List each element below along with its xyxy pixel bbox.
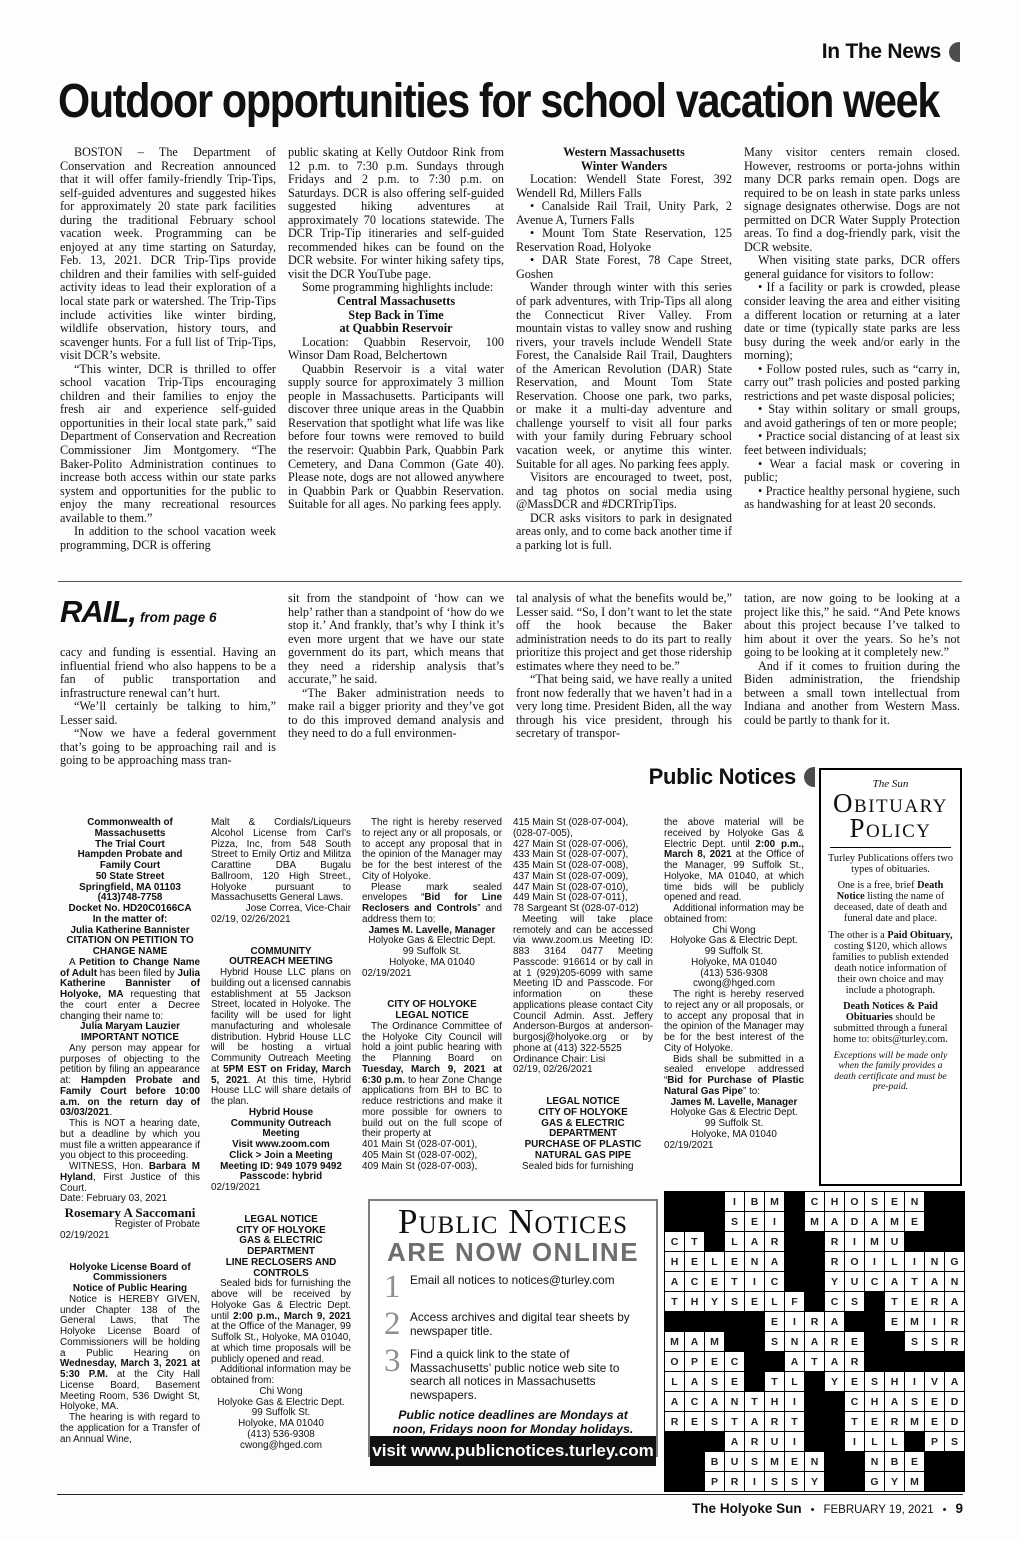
crossword-cell: G <box>945 1252 964 1271</box>
paragraph: Notice is HEREBY GIVEN, under Chapter 13… <box>60 1295 200 1413</box>
bullet: • <box>943 1504 947 1516</box>
crossword-cell: M <box>885 1212 904 1231</box>
paragraph: Bids shall be submitted in a sealed enve… <box>664 1055 804 1098</box>
crossword-cell: T <box>725 1272 744 1291</box>
paragraph: the above material will be received by H… <box>664 818 804 904</box>
crossword-cell: C <box>665 1232 684 1251</box>
crossword-cell: I <box>925 1312 944 1331</box>
crossword-cell: A <box>805 1332 824 1351</box>
crossword-cell: M <box>765 1192 784 1211</box>
crossword-cell <box>665 1212 684 1231</box>
paragraph: sit from the standpoint of ‘how can we h… <box>288 592 504 687</box>
crossword-cell: C <box>765 1272 784 1291</box>
crossword-cell: A <box>665 1272 684 1291</box>
crossword-cell: O <box>845 1252 864 1271</box>
crossword-cell: E <box>725 1252 744 1271</box>
paragraph: Chi WongHolyoke Gas & Electric Dept.99 S… <box>664 926 804 991</box>
ad-item-text: Email all notices to notices@turley.com <box>410 1271 615 1304</box>
crossword-cell <box>845 1472 864 1491</box>
crossword-cell: R <box>945 1332 964 1351</box>
crossword-cell: Y <box>805 1472 824 1491</box>
crossword-cell: M <box>905 1312 924 1331</box>
paragraph: This is NOT a hearing date, but a deadli… <box>60 1119 200 1162</box>
text-column: public skating at Kelly Outdoor Rink fro… <box>288 146 504 552</box>
crossword-cell <box>745 1352 764 1371</box>
crossword-cell <box>925 1472 944 1491</box>
crossword-cell: A <box>665 1392 684 1411</box>
crossword-cell: C <box>725 1352 744 1371</box>
crossword-cell: B <box>745 1192 764 1211</box>
paragraph: public skating at Kelly Outdoor Rink fro… <box>288 146 504 281</box>
footer-rule <box>57 1494 963 1495</box>
crossword-cell: L <box>885 1432 904 1451</box>
crossword-cell: N <box>925 1252 944 1271</box>
crossword-cell: Y <box>825 1372 844 1391</box>
crossword-cell: N <box>905 1192 924 1211</box>
crossword-cell <box>785 1272 804 1291</box>
crossword-cell <box>865 1292 884 1311</box>
obituary-paragraph: The other is a Paid Obituary, costing $1… <box>828 930 953 997</box>
crossword-cell: I <box>905 1372 924 1391</box>
crossword-cell: I <box>765 1212 784 1231</box>
crossword-cell: I <box>865 1252 884 1271</box>
crossword-cell: L <box>705 1252 724 1271</box>
crossword-cell <box>745 1332 764 1351</box>
crossword-cell: S <box>905 1392 924 1411</box>
crossword-cell <box>765 1352 784 1371</box>
main-article: BOSTON – The Department of Conservation … <box>60 146 962 552</box>
paragraph: Quabbin Reservoir is a vital water suppl… <box>288 363 504 512</box>
paragraph: The Ordinance Committee of the Holyoke C… <box>362 1022 502 1140</box>
crossword-cell: E <box>785 1452 804 1471</box>
crossword-cell: A <box>725 1432 744 1451</box>
crossword-cell <box>865 1332 884 1351</box>
paragraph <box>362 979 502 1000</box>
crossword-cell: S <box>705 1372 724 1391</box>
obituary-policy-box: The Sun Obituary Policy Turley Publicati… <box>819 768 962 1186</box>
crossword-cell: M <box>905 1472 924 1491</box>
crossword-cell: C <box>845 1392 864 1411</box>
crossword-cell <box>945 1352 964 1371</box>
paragraph: 401 Main St (028-07-001), 405 Main St (0… <box>362 1140 502 1172</box>
crossword-cell: V <box>925 1372 944 1391</box>
paragraph: Any person may appear for purposes of ob… <box>60 1044 200 1119</box>
subhead: Julia Maryam LauzierIMPORTANT NOTICE <box>60 1022 200 1044</box>
crossword-cell: N <box>945 1272 964 1291</box>
paragraph: Rosemary A Saccomani <box>60 1205 200 1220</box>
crossword-cell <box>665 1312 684 1331</box>
paragraph: A Petition to Change Name of Adult has b… <box>60 958 200 1023</box>
crossword-cell <box>685 1432 704 1451</box>
paragraph: 02/19, 02/26/2021 <box>211 915 351 926</box>
crossword-cell: S <box>725 1212 744 1231</box>
crossword-cell <box>865 1352 884 1371</box>
paragraph: When visiting state parks, DCR offers ge… <box>744 254 960 281</box>
subhead: LEGAL NOTICECITY OF HOLYOKEGAS & ELECTRI… <box>513 1097 653 1162</box>
crossword-cell: S <box>725 1292 744 1311</box>
crossword-cell: T <box>905 1272 924 1291</box>
crossword-cell: M <box>665 1332 684 1351</box>
crossword-cell <box>725 1332 744 1351</box>
paragraph: Date: February 03, 2021 <box>60 1194 200 1205</box>
text-column: cacy and funding is essential. Having an… <box>60 592 276 768</box>
crossword-cell <box>865 1312 884 1331</box>
crossword-cell: A <box>945 1292 964 1311</box>
crossword-cell: E <box>705 1272 724 1291</box>
section-header-in-the-news: In The News <box>822 40 960 64</box>
crossword-cell: H <box>665 1252 684 1271</box>
paragraph: Sealed bids for furnishing <box>513 1162 653 1173</box>
crossword-cell <box>925 1452 944 1471</box>
text-column: sit from the standpoint of ‘how can we h… <box>288 592 504 768</box>
paragraph: Meeting will take place remotely and can… <box>513 915 653 1055</box>
obituary-paragraph: One is a free, brief Death Notice listin… <box>828 880 953 924</box>
crossword-cell: A <box>765 1252 784 1271</box>
paragraph: tation, are now going to be looking at a… <box>744 592 960 660</box>
paragraph: 02/19/2021 <box>60 1231 200 1242</box>
paragraph: “That being said, we have really a unite… <box>516 673 732 741</box>
crossword-cell: A <box>865 1212 884 1231</box>
paragraph: Many visitor centers remain closed. Howe… <box>744 146 960 254</box>
paragraph: “We’ll certainly be talking to him,” Les… <box>60 700 276 727</box>
crossword-cell: R <box>765 1412 784 1431</box>
subhead: COMMUNITYOUTREACH MEETING <box>211 947 351 969</box>
crossword-cell: E <box>705 1352 724 1371</box>
ad-items: 1Email all notices to notices@turley.com… <box>370 1265 656 1406</box>
crossword-cell: A <box>685 1332 704 1351</box>
crossword-cell: I <box>785 1392 804 1411</box>
crossword-cell: O <box>665 1352 684 1371</box>
crossword-cell: B <box>885 1452 904 1471</box>
crossword-cell <box>805 1392 824 1411</box>
text-column: Western MassachusettsWinter WandersLocat… <box>516 146 732 552</box>
paragraph: cacy and funding is essential. Having an… <box>60 646 276 700</box>
crossword-cell: H <box>865 1392 884 1411</box>
crossword-cell: D <box>845 1212 864 1231</box>
page-title: Outdoor opportunities for school vacatio… <box>58 74 939 129</box>
crossword-cell: M <box>705 1332 724 1351</box>
crossword-cell: H <box>885 1372 904 1391</box>
paragraph: • Wear a facial mask or covering in publ… <box>744 458 960 485</box>
crossword-cell: C <box>685 1392 704 1411</box>
crossword-cell: T <box>725 1412 744 1431</box>
subhead: LEGAL NOTICECITY OF HOLYOKEGAS & ELECTRI… <box>211 1215 351 1280</box>
crossword-cell: R <box>725 1472 744 1491</box>
crossword-cell: S <box>925 1332 944 1351</box>
paragraph: Location: Quabbin Reservoir, 100 Winsor … <box>288 336 504 363</box>
crossword-cell <box>665 1472 684 1491</box>
paragraph: DCR asks visitors to park in designated … <box>516 512 732 553</box>
paragraph: Malt & Cordials/Liqueurs Alcohol License… <box>211 818 351 904</box>
crossword-cell <box>745 1372 764 1391</box>
crossword-cell: I <box>785 1432 804 1451</box>
crossword-cell <box>805 1252 824 1271</box>
section-label: In The News <box>822 40 941 64</box>
crossword-cell <box>945 1192 964 1211</box>
paragraph: Please mark sealed envelopes “Bid for Li… <box>362 883 502 926</box>
crossword-cell <box>705 1192 724 1211</box>
crossword-cell: N <box>785 1332 804 1351</box>
paragraph: • Practice social distancing of at least… <box>744 430 960 457</box>
paragraph: Sealed bids for furnishing the above wil… <box>211 1279 351 1365</box>
crossword-cell: R <box>925 1292 944 1311</box>
crossword-cell: A <box>885 1392 904 1411</box>
crossword-cell: R <box>805 1312 824 1331</box>
crossword-cell <box>705 1432 724 1451</box>
crossword-cell: E <box>685 1412 704 1431</box>
subhead: Hybrid HouseCommunity OutreachMeetingVis… <box>211 1108 351 1183</box>
ad-item: 1Email all notices to notices@turley.com <box>384 1271 646 1304</box>
crossword-cell <box>885 1332 904 1351</box>
subhead: Holyoke License Board ofCommissionersNot… <box>60 1263 200 1295</box>
crossword-cell: E <box>685 1252 704 1271</box>
crossword-cell: R <box>665 1412 684 1431</box>
bullet: • <box>811 1504 815 1516</box>
crossword-cell <box>905 1352 924 1371</box>
paragraph: Some programming highlights include: <box>288 281 504 295</box>
ad-item: 2Access archives and digital tear sheets… <box>384 1308 646 1341</box>
ad-item-number: 3 <box>384 1345 410 1402</box>
crossword-cell: Y <box>885 1472 904 1491</box>
obituary-paragraph: Turley Publications offers two types of … <box>828 853 953 875</box>
paragraph: “Now we have a federal government that’s… <box>60 727 276 768</box>
crossword-cell: M <box>805 1212 824 1231</box>
paragraph <box>211 1194 351 1215</box>
issue-date: FEBRUARY 19, 2021 <box>823 1504 933 1516</box>
crossword-cell: A <box>745 1232 764 1251</box>
crossword-cell <box>785 1252 804 1271</box>
crossword-cell: R <box>825 1332 844 1351</box>
crossword-cell: L <box>785 1372 804 1391</box>
crossword-cell: E <box>865 1412 884 1431</box>
paragraph: • Follow posted rules, such as “carry in… <box>744 363 960 404</box>
crossword-cell: I <box>785 1312 804 1331</box>
crossword-cell: A <box>785 1352 804 1371</box>
crossword-cell: I <box>845 1232 864 1251</box>
paragraph: BOSTON – The Department of Conservation … <box>60 146 276 363</box>
rail-article: cacy and funding is essential. Having an… <box>60 592 962 768</box>
crossword-cell <box>805 1292 824 1311</box>
crossword-cell: L <box>765 1292 784 1311</box>
crossword-cell: E <box>725 1372 744 1391</box>
crossword-cell <box>805 1412 824 1431</box>
crossword-cell: L <box>725 1232 744 1251</box>
crossword-cell: E <box>885 1192 904 1211</box>
crossword-cell: O <box>845 1192 864 1211</box>
crossword-cell <box>925 1212 944 1231</box>
crossword-cell <box>705 1232 724 1251</box>
crossword-cell <box>945 1232 964 1251</box>
paragraph: • DAR State Forest, 78 Cape Street, Gosh… <box>516 254 732 281</box>
paragraph: Wander through winter with this series o… <box>516 281 732 471</box>
crossword-cell: L <box>885 1252 904 1271</box>
crossword-cell: S <box>845 1292 864 1311</box>
crossword-cell: P <box>685 1352 704 1371</box>
ad-title: Public Notices <box>370 1205 656 1239</box>
crossword-cell <box>665 1452 684 1471</box>
public-notices-ad: Public Notices ARE NOW ONLINE 1Email all… <box>368 1199 658 1457</box>
page-footer: The Holyoke Sun • FEBRUARY 19, 2021 • 9 <box>692 1501 963 1516</box>
crossword-cell <box>825 1432 844 1451</box>
paragraph: 415 Main St (028-07-004),(028-07-005), 4… <box>513 818 653 915</box>
crossword-cell: H <box>825 1192 844 1211</box>
paragraph: Ordinance Chair: Lisi02/19, 02/26/2021 <box>513 1055 653 1077</box>
crossword-cell: D <box>945 1392 964 1411</box>
crossword-cell: E <box>745 1292 764 1311</box>
paragraph: Holyoke Gas & Electric Dept.99 Suffolk S… <box>664 1108 804 1140</box>
paragraph: Additional information may be obtained f… <box>211 1365 351 1387</box>
crossword-cell <box>705 1212 724 1231</box>
crossword-cell <box>705 1312 724 1331</box>
crossword-cell: D <box>945 1412 964 1431</box>
crossword-cell: L <box>665 1372 684 1391</box>
paragraph: 02/19/2021 <box>664 1141 804 1152</box>
crossword-cell: U <box>765 1432 784 1451</box>
half-disc-icon <box>804 767 815 787</box>
crossword-cell: M <box>905 1412 924 1431</box>
crossword-cell: I <box>725 1192 744 1211</box>
crossword-cell: R <box>825 1232 844 1251</box>
crossword-cell: T <box>745 1392 764 1411</box>
crossword-cell: E <box>905 1452 924 1471</box>
crossword-cell <box>685 1192 704 1211</box>
crossword-cell <box>685 1312 704 1331</box>
text-column: tation, are now going to be looking at a… <box>744 592 960 768</box>
paragraph: 02/19/2021 <box>362 969 502 980</box>
crossword-cell: A <box>885 1272 904 1291</box>
subhead: Central MassachusettsStep Back in Timeat… <box>288 295 504 336</box>
crossword-cell <box>805 1432 824 1451</box>
ad-item-number: 2 <box>384 1308 410 1341</box>
crossword-cell: R <box>845 1352 864 1371</box>
crossword-cell: A <box>745 1412 764 1431</box>
crossword-cell: I <box>905 1252 924 1271</box>
crossword-cell: E <box>845 1372 864 1391</box>
crossword-cell <box>745 1312 764 1331</box>
crossword-cell: E <box>745 1212 764 1231</box>
crossword-cell: E <box>885 1312 904 1331</box>
paragraph: The right is hereby reserved to reject a… <box>664 990 804 1055</box>
crossword-cell: R <box>765 1232 784 1251</box>
paragraph: Additional information may be obtained f… <box>664 904 804 926</box>
crossword-cell: U <box>845 1272 864 1291</box>
crossword-cell: I <box>745 1272 764 1291</box>
crossword-cell: M <box>865 1232 884 1251</box>
crossword-cell <box>925 1232 944 1251</box>
text-column: tal analysis of what the benefits would … <box>516 592 732 768</box>
paragraph: Holyoke Gas & Electric Dept.99 Suffolk S… <box>362 936 502 968</box>
paragraph: 02/19/2021 <box>211 1183 351 1194</box>
crossword-cell: T <box>685 1232 704 1251</box>
paragraph: In addition to the school vacation week … <box>60 525 276 552</box>
crossword-cell: S <box>865 1192 884 1211</box>
paragraph: Visitors are encouraged to tweet, post, … <box>516 471 732 512</box>
crossword-cell: R <box>745 1432 764 1451</box>
crossword-cell <box>665 1192 684 1211</box>
crossword-cell <box>885 1352 904 1371</box>
crossword-cell: A <box>685 1372 704 1391</box>
crossword-cell: E <box>765 1312 784 1331</box>
crossword-cell <box>785 1232 804 1251</box>
paper-name: The Holyoke Sun <box>692 1501 802 1516</box>
ad-deadline: Public notice deadlines are Mondays at n… <box>370 1408 656 1436</box>
crossword-cell: E <box>845 1332 864 1351</box>
crossword-cell <box>925 1352 944 1371</box>
paragraph <box>60 592 276 646</box>
crossword-cell: E <box>925 1412 944 1431</box>
crossword-cell <box>925 1192 944 1211</box>
crossword-cell: I <box>745 1472 764 1491</box>
crossword-cell: G <box>865 1472 884 1491</box>
crossword-cell <box>685 1212 704 1231</box>
crossword-cell <box>805 1372 824 1391</box>
crossword-cell: Y <box>825 1272 844 1291</box>
crossword-cell: P <box>925 1432 944 1451</box>
crossword-cell: R <box>825 1252 844 1271</box>
crossword-cell: S <box>785 1472 804 1491</box>
paragraph: The hearing is with regard to the applic… <box>60 1413 200 1445</box>
crossword-cell: T <box>785 1412 804 1431</box>
crossword-cell: T <box>665 1292 684 1311</box>
crossword-cell: S <box>945 1432 964 1451</box>
crossword-cell: T <box>805 1352 824 1371</box>
crossword-cell: A <box>925 1272 944 1291</box>
subhead: Western MassachusettsWinter Wanders <box>516 146 732 173</box>
crossword-cell: R <box>945 1312 964 1331</box>
ad-subtitle: ARE NOW ONLINE <box>370 1239 656 1265</box>
crossword-cell: S <box>745 1452 764 1471</box>
text-column: Malt & Cordials/Liqueurs Alcohol License… <box>211 818 351 1451</box>
crossword-cell <box>685 1472 704 1491</box>
section-header-public-notices: Public Notices <box>60 764 815 790</box>
paragraph: • If a facility or park is crowded, plea… <box>744 281 960 362</box>
paragraph <box>211 926 351 947</box>
crossword-cell: C <box>805 1192 824 1211</box>
crossword-cell <box>725 1312 744 1331</box>
crossword-cell: E <box>905 1212 924 1231</box>
rule <box>830 847 951 848</box>
crossword-cell: N <box>805 1452 824 1471</box>
ad-item: 3Find a quick link to the state of Massa… <box>384 1345 646 1402</box>
crossword-cell <box>945 1452 964 1471</box>
crossword-cell: N <box>745 1252 764 1271</box>
text-column: Many visitor centers remain closed. Howe… <box>744 146 960 552</box>
crossword-cell <box>825 1412 844 1431</box>
paragraph: • Practice healthy personal hygiene, suc… <box>744 485 960 512</box>
crossword-cell: P <box>705 1472 724 1491</box>
crossword-cell: Y <box>705 1292 724 1311</box>
crossword-cell <box>905 1432 924 1451</box>
paragraph: • Stay within solitary or small groups, … <box>744 403 960 430</box>
crossword-cell: A <box>705 1392 724 1411</box>
subhead: Commonwealth ofMassachusettsThe Trial Co… <box>60 818 200 958</box>
crossword-cell <box>785 1212 804 1231</box>
crossword-cell <box>945 1472 964 1491</box>
obituary-paragraph: Death Notices & Paid Obituaries should b… <box>828 1001 953 1045</box>
crossword-cell: U <box>725 1452 744 1471</box>
crossword-cell <box>945 1212 964 1231</box>
crossword-cell: I <box>845 1432 864 1451</box>
crossword-cell: M <box>765 1452 784 1471</box>
crossword-cell: F <box>785 1292 804 1311</box>
crossword-cell <box>805 1232 824 1251</box>
obituary-title: Obituary Policy <box>828 791 953 841</box>
crossword-cell: S <box>905 1332 924 1351</box>
crossword-cell: A <box>825 1312 844 1331</box>
crossword-cell: S <box>765 1332 784 1351</box>
crossword-cell: A <box>825 1212 844 1231</box>
crossword-cell: H <box>685 1292 704 1311</box>
